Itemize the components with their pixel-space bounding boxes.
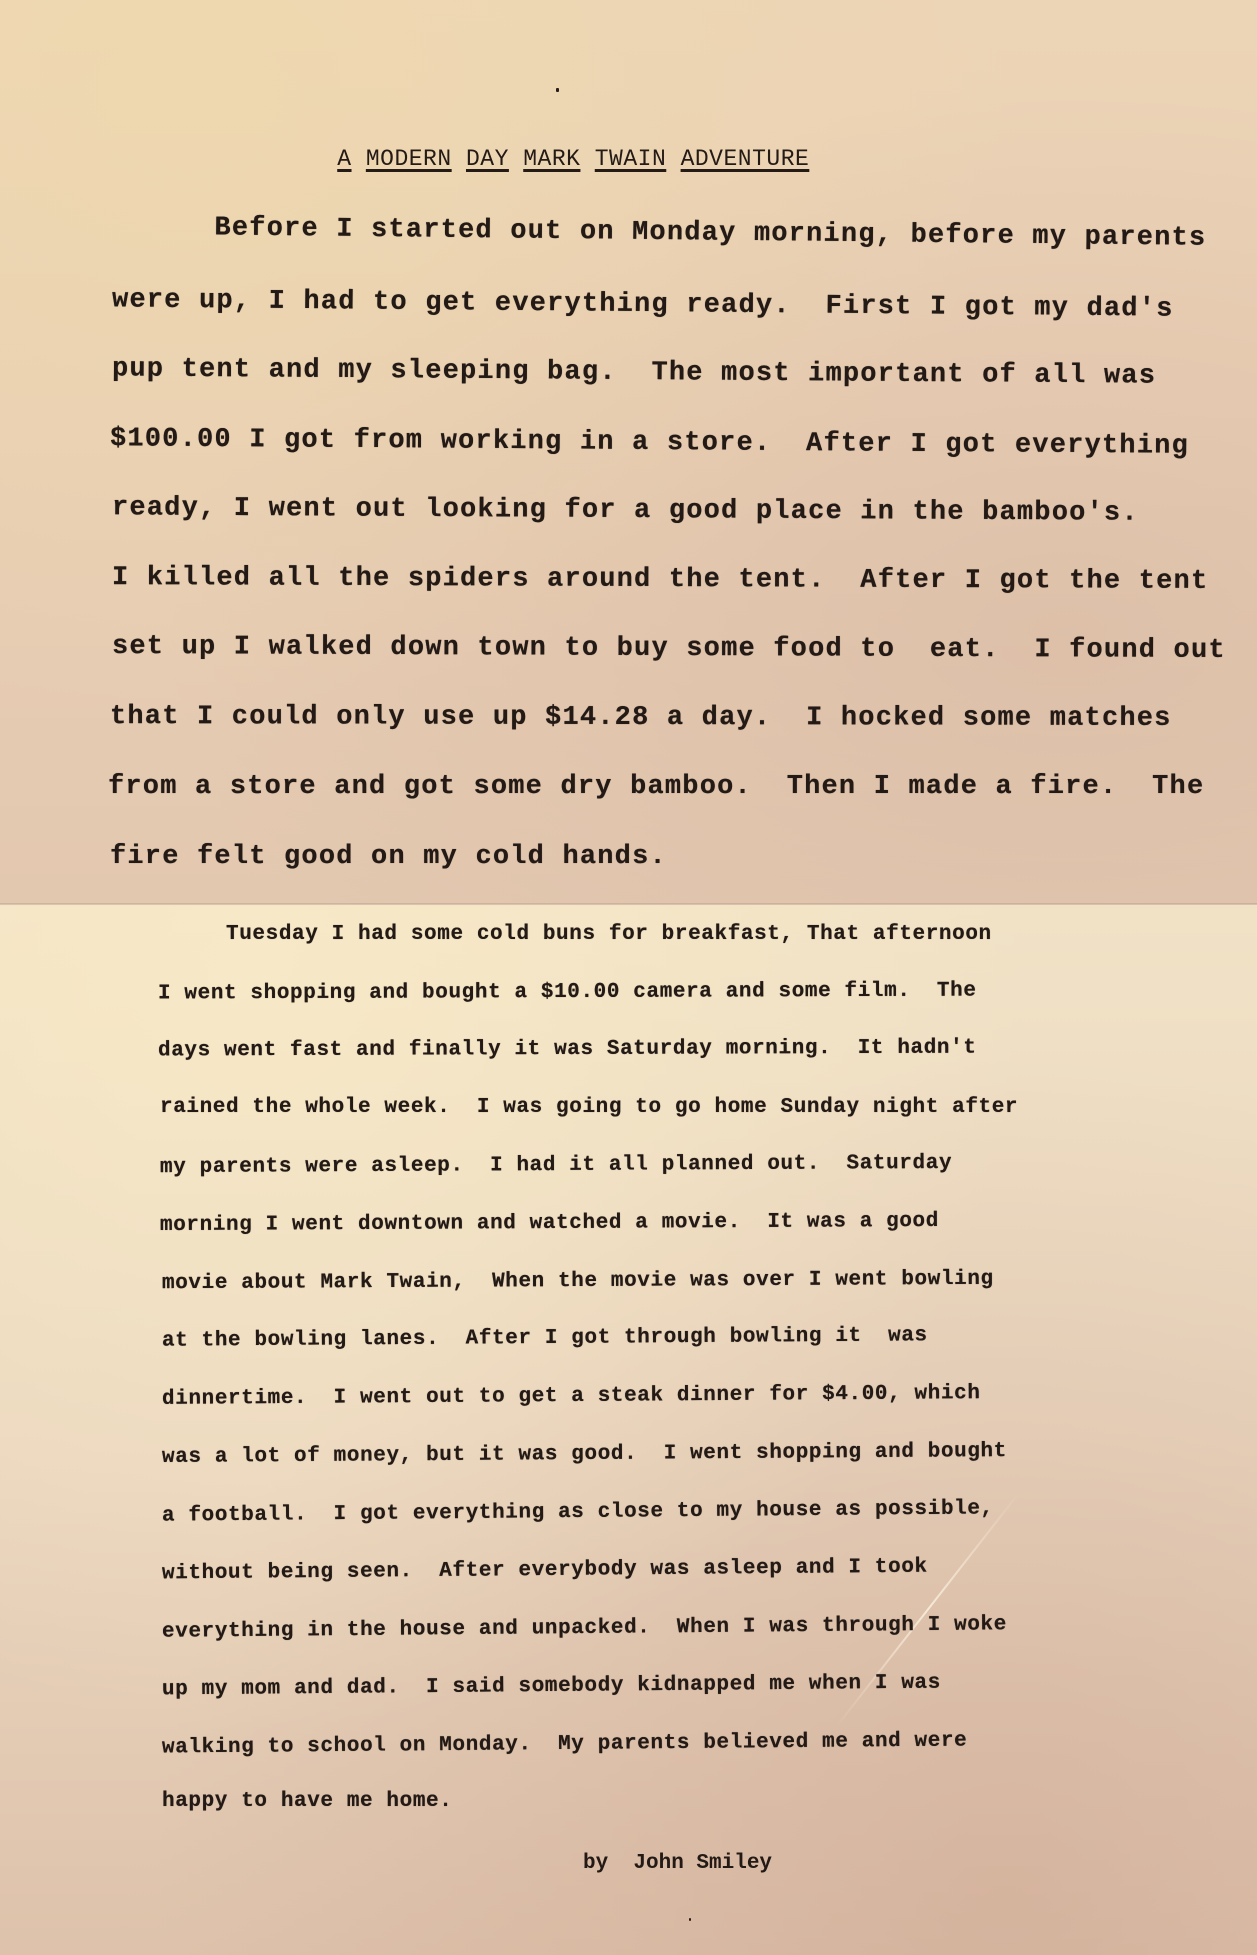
text-line: ready, I went out looking for a good pla… [112, 493, 1139, 528]
text-line: I killed all the spiders around the tent… [112, 563, 1208, 597]
text-line: from a store and got some dry bamboo. Th… [108, 772, 1204, 802]
text-line: fire felt good on my cold hands. [110, 842, 667, 872]
text-line: morning I went downtown and watched a mo… [160, 1210, 939, 1237]
title-word: TWAIN [595, 146, 667, 172]
text-line: $100.00 I got from working in a store. A… [110, 424, 1189, 462]
text-line: set up I walked down town to buy some fo… [112, 632, 1226, 666]
text-line: that I could only use up $14.28 a day. I… [110, 702, 1172, 734]
photo-seam [0, 903, 1257, 906]
title-word: A [337, 146, 351, 172]
title-word: MARK [523, 146, 580, 172]
text-line: were up, I had to get everything ready. … [112, 285, 1174, 324]
text-line: my parents were asleep. I had it all pla… [160, 1152, 952, 1179]
text-line: pup tent and my sleeping bag. The most i… [112, 354, 1156, 391]
text-line: happy to have me home. [162, 1790, 452, 1813]
typewritten-page-top: A MODERN DAY MARK TWAIN ADVENTURE Before… [0, 0, 1257, 905]
author-byline: by John Smiley [583, 1852, 772, 1875]
text-line: Tuesday I had some cold buns for breakfa… [160, 923, 992, 946]
text-line: I went shopping and bought a $10.00 came… [158, 980, 977, 1006]
title-word: DAY [466, 146, 509, 172]
text-line: movie about Mark Twain, When the movie w… [162, 1268, 994, 1295]
title-word: MODERN [366, 146, 452, 172]
text-line: days went fast and finally it was Saturd… [158, 1037, 977, 1063]
text-line: rained the whole week. I was going to go… [160, 1096, 1018, 1119]
title-word: ADVENTURE [681, 146, 810, 172]
ink-speck [689, 1918, 691, 1921]
document-title: A MODERN DAY MARK TWAIN ADVENTURE [280, 120, 809, 198]
text-line: Before I started out on Monday morning, … [110, 212, 1207, 253]
ink-speck [556, 88, 559, 92]
